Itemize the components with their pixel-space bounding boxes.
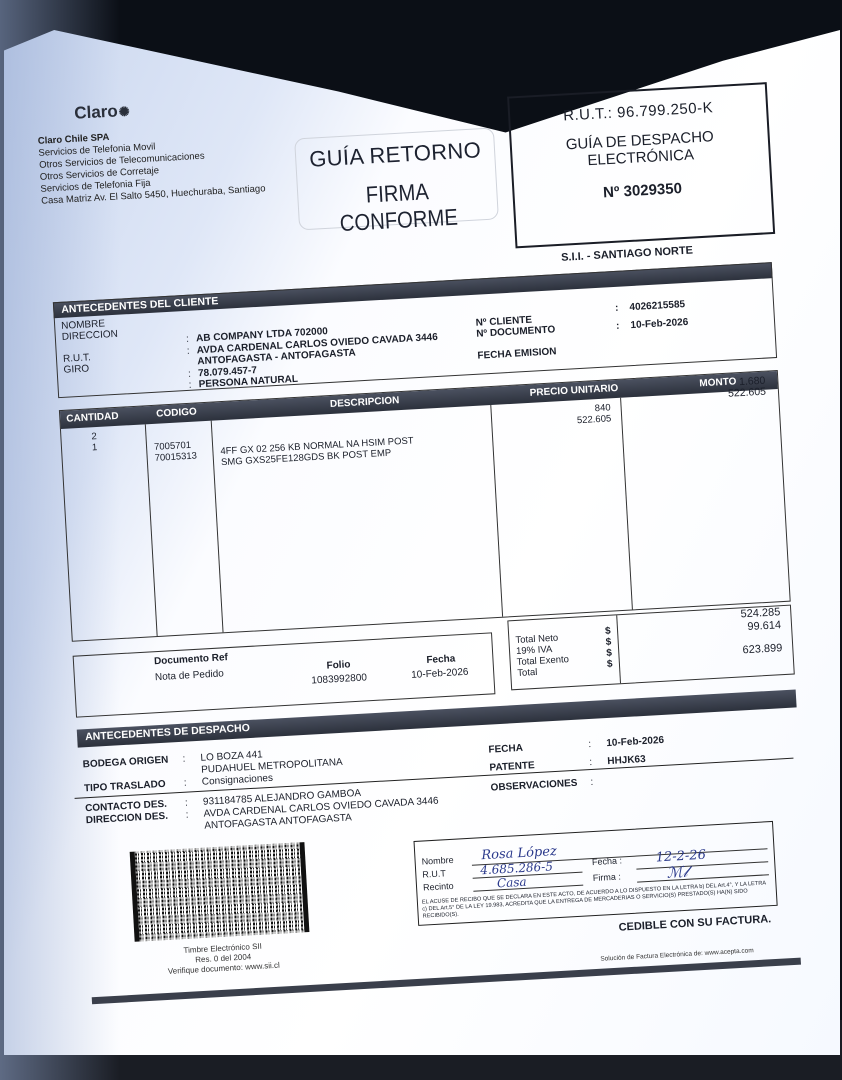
dispatch-date: 10-Feb-2026 [606, 735, 664, 749]
total-iva: 99.614 [741, 619, 781, 634]
header-code: CODIGO [156, 406, 197, 419]
receipt-site-label: Recinto [423, 880, 456, 895]
cedible-note: CEDIBLE CON SU FACTURA. [618, 913, 771, 934]
origin-label: BODEGA ORIGEN [82, 754, 182, 771]
row-1-qty: 2 [91, 431, 97, 442]
currency-symbol: $ [607, 659, 613, 670]
receipt-legal-text: EL ACUSE DE RECIBO QUE SE DECLARA EN EST… [422, 880, 773, 921]
label-giro: GIRO [63, 362, 120, 376]
notes-label: OBSERVACIONES [490, 777, 590, 794]
return-stamp-line2: FIRMA CONFORME [310, 175, 487, 239]
ref-date-label: Fecha [426, 653, 455, 666]
client-labels: NOMBRE DIRECCION R.U.T. GIRO [61, 318, 120, 376]
receipt-sign-label: Firma : [592, 868, 623, 886]
total-amount: 623.899 [742, 642, 782, 657]
document-number: Nº 3029350 [514, 175, 771, 206]
pdf417-barcode [130, 842, 310, 942]
client-right-labels: Nº CLIENTE Nº DOCUMENTO FECHA EMISION [475, 313, 556, 361]
row-2-code: 70015313 [154, 451, 197, 464]
reference-section: Documento Ref Nota de Pedido Folio 10839… [73, 632, 496, 717]
dispatch-date-label: FECHA [488, 739, 588, 756]
receipt-name-label: Nombre [421, 854, 454, 869]
signature: ℳ𝓁 [666, 863, 688, 882]
currency-symbol: $ [605, 626, 611, 637]
handwritten-site: Casa [497, 875, 527, 891]
receipt-date-label: Fecha : [591, 852, 622, 870]
plate-value: HHJK63 [607, 754, 646, 767]
folio-label: Folio [326, 659, 350, 671]
reference-date: 10-Feb-2026 [411, 667, 469, 681]
client-number: 4026215585 [629, 299, 685, 313]
totals-section: Total Neto 19% IVA Total Exento Total $ … [507, 605, 794, 691]
reference-folio: 1083992800 [311, 672, 367, 686]
totals-divider [616, 615, 621, 683]
column-divider [620, 398, 633, 610]
logo-text: Claro [74, 101, 118, 122]
items-table: CANTIDAD CODIGO DESCRIPCION PRECIO UNITA… [59, 370, 791, 642]
document-id-box: R.U.T.: 96.799.250-K GUÍA DE DESPACHO EL… [507, 82, 775, 248]
reference-doc-type: Nota de Pedido [155, 668, 224, 683]
issuer-info: Claro Chile SPA Servicios de Telefonia M… [38, 123, 266, 207]
receipt-right-labels: Fecha : Firma : [591, 852, 623, 886]
currency-symbols: $ $ $ $ [605, 626, 613, 670]
currency-symbol: $ [606, 648, 612, 659]
logo-spark-icon: ✺ [118, 104, 130, 120]
sii-office: S.I.I. - SANTIAGO NORTE [561, 245, 693, 264]
totals-values: 524.285 99.614 623.899 [740, 606, 782, 657]
issuer-rut: R.U.T.: 96.799.250-K [510, 96, 767, 127]
label-total: Total [517, 665, 570, 679]
currency-symbol: $ [605, 637, 611, 648]
receipt-labels: Nombre R.U.T Recinto [421, 854, 455, 895]
client-values: :AB COMPANY LTDA 702000 :AVDA CARDENAL C… [186, 320, 440, 391]
totals-labels: Total Neto 19% IVA Total Exento Total [515, 632, 570, 679]
issue-date: 10-Feb-2026 [630, 317, 688, 331]
dispatch-guide-document: Claro✺ Claro Chile SPA Servicios de Tele… [30, 40, 819, 980]
column-divider [490, 405, 503, 617]
reference-title: Documento Ref [154, 652, 228, 667]
row-2-unit-price: 522.605 [577, 413, 612, 426]
receipt-acknowledgement: Nombre R.U.T Recinto Rosa López 4.685.28… [413, 821, 777, 926]
client-right-values: : 4026215585 : 10-Feb-2026 [615, 296, 689, 336]
return-stamp-line1: GUÍA RETORNO [296, 136, 495, 173]
row-2-qty: 1 [92, 442, 98, 453]
claro-logo: Claro✺ [74, 101, 130, 124]
row-2-amount: 522.605 [728, 387, 767, 400]
return-stamp: GUÍA RETORNO FIRMA CONFORME [294, 127, 499, 230]
